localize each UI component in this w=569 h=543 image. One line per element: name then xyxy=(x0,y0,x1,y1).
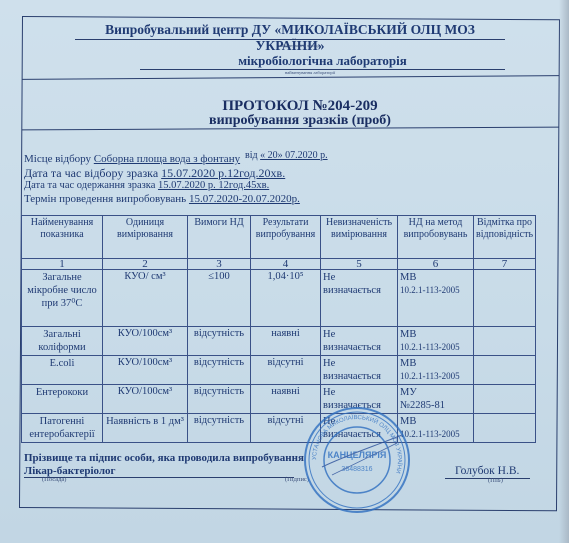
method-number: 10.2.1-113-2005 xyxy=(400,370,471,383)
indicator-cell: Загальні коліформи xyxy=(22,327,103,356)
results-table: Найменування показника Одиниця вимірюван… xyxy=(21,215,536,443)
compliance-cell xyxy=(474,385,536,414)
signer-name: Голубок Н.В. xyxy=(455,465,519,477)
date-value: « 20» 07.2020 р. xyxy=(260,150,328,161)
unit-cell: Наявність в 1 дм³ xyxy=(103,414,188,443)
header-compliance: Відмітка про відповідність xyxy=(474,216,536,259)
laboratory-text: мікробіологічна лабораторія xyxy=(238,53,407,68)
position-text: Лікар-бактеріолог xyxy=(24,465,116,477)
indicator-cell: Ентерококи xyxy=(22,385,103,414)
result-cell: 1,04·10⁵ xyxy=(251,270,321,327)
method-type: МВ xyxy=(400,271,471,284)
compliance-cell xyxy=(474,414,536,443)
organization-caption: найменування закладу xyxy=(250,43,350,48)
signature-position: Лікар-бактеріолог xyxy=(24,465,116,477)
column-number: 4 xyxy=(251,259,321,270)
receipt-value: 15.07.2020 р. 12год.45хв. xyxy=(158,180,269,191)
unit-cell: КУО/100см³ xyxy=(103,385,188,414)
protocol-date: від « 20» 07.2020 р. xyxy=(245,150,328,161)
column-number: 5 xyxy=(321,259,398,270)
method-cell: МВ10.2.1-113-2005 xyxy=(398,356,474,385)
unit-cell: КУО/100см³ xyxy=(103,327,188,356)
sampling-label: Дата та час відбору зразка xyxy=(24,166,158,180)
stamp-code-text: 38488316 xyxy=(341,466,372,473)
result-cell: відсутні xyxy=(251,356,321,385)
requirement-cell: відсутність xyxy=(188,414,251,443)
header-result: Результати випробування xyxy=(251,216,321,259)
indicator-cell: E.coli xyxy=(22,356,103,385)
header-uncertainty: Невизначеність вимірювання xyxy=(321,216,398,259)
laboratory-name: мікробіологічна лабораторія xyxy=(140,53,505,69)
uncertainty-cell: Не визначається xyxy=(321,356,398,385)
place-label: Місце відбору xyxy=(24,153,91,165)
column-number: 6 xyxy=(398,259,474,270)
table-row: Патогенні ентеробактерії Наявність в 1 д… xyxy=(22,414,536,443)
signer-name-text: Голубок Н.В. xyxy=(455,465,519,477)
table-header-row: Найменування показника Одиниця вимірюван… xyxy=(22,216,536,259)
position-caption: (Посада) xyxy=(42,476,66,483)
table-row: Ентерококи КУО/100см³ відсутність наявні… xyxy=(22,385,536,414)
laboratory-caption: найменування лабораторії xyxy=(260,70,360,75)
stamp-center-text: КАНЦЕЛЯРІЯ xyxy=(328,450,387,460)
method-cell: МВ10.2.1-113-2005 xyxy=(398,327,474,356)
method-cell: МВ10.2.1-113-2005 xyxy=(398,270,474,327)
testing-period: Термін проведення випробовувань 15.07.20… xyxy=(24,193,300,205)
requirement-cell: відсутність xyxy=(188,327,251,356)
table-row: Загальне мікробне число при 37⁰С КУО/ см… xyxy=(22,270,536,327)
uncertainty-cell: Не визначається xyxy=(321,327,398,356)
compliance-cell xyxy=(474,270,536,327)
signature-heading: Прізвище та підпис особи, яка проводила … xyxy=(24,452,304,464)
receipt-label: Дата та час одержання зразка xyxy=(24,180,155,191)
place-value: Соборна площа вода з фонтану xyxy=(94,153,240,165)
name-caption: (ПІБ) xyxy=(488,477,503,484)
uncertainty-cell: Не визначається xyxy=(321,270,398,327)
table-row: E.coli КУО/100см³ відсутність відсутні Н… xyxy=(22,356,536,385)
sampling-datetime: Дата та час відбору зразка 15.07.2020 р.… xyxy=(24,166,285,181)
receipt-datetime: Дата та час одержання зразка 15.07.2020 … xyxy=(24,180,269,191)
header-requirement: Вимоги НД xyxy=(188,216,251,259)
protocol-subtitle: випробування зразків (проб) xyxy=(150,113,450,129)
indicator-cell: Загальне мікробне число при 37⁰С xyxy=(22,270,103,327)
organization-name: Випробувальний центр ДУ «МИКОЛАЇВСЬКИЙ О… xyxy=(75,22,505,54)
requirement-cell: ≤100 xyxy=(188,270,251,327)
requirement-cell: відсутність xyxy=(188,385,251,414)
underline xyxy=(75,39,505,40)
column-number: 3 xyxy=(188,259,251,270)
compliance-cell xyxy=(474,327,536,356)
compliance-cell xyxy=(474,356,536,385)
period-value: 15.07.2020-20.07.2020р. xyxy=(189,193,300,205)
column-number: 2 xyxy=(103,259,188,270)
method-type: МВ xyxy=(400,328,471,341)
requirement-cell: відсутність xyxy=(188,356,251,385)
header-indicator: Найменування показника xyxy=(22,216,103,259)
sampling-place: Місце відбору Соборна площа вода з фонта… xyxy=(24,153,240,165)
method-type: МУ xyxy=(400,386,471,399)
result-cell: наявні xyxy=(251,327,321,356)
column-number: 1 xyxy=(22,259,103,270)
column-number-row: 1 2 3 4 5 6 7 xyxy=(22,259,536,270)
unit-cell: КУО/100см³ xyxy=(103,356,188,385)
indicator-cell: Патогенні ентеробактерії xyxy=(22,414,103,443)
official-stamp-icon: УСТАНОВА МИКОЛАЇВСЬКИЙ ОЛЦ МОЗ УКРАЇНИ К… xyxy=(302,405,412,515)
header-unit: Одиниця вимірювання xyxy=(103,216,188,259)
table-row: Загальні коліформи КУО/100см³ відсутніст… xyxy=(22,327,536,356)
method-type: МВ xyxy=(400,357,471,370)
sampling-value: 15.07.2020 р.12год.20хв. xyxy=(161,166,285,180)
period-label: Термін проведення випробовувань xyxy=(24,193,186,205)
unit-cell: КУО/ см³ xyxy=(103,270,188,327)
column-number: 7 xyxy=(474,259,536,270)
method-number: 10.2.1-113-2005 xyxy=(400,341,471,354)
date-prefix: від xyxy=(245,150,258,161)
organization-text: Випробувальний центр ДУ «МИКОЛАЇВСЬКИЙ О… xyxy=(105,22,475,53)
page-edge-shadow xyxy=(559,0,569,543)
method-number: 10.2.1-113-2005 xyxy=(400,284,471,297)
header-method: НД на метод випробовувань xyxy=(398,216,474,259)
